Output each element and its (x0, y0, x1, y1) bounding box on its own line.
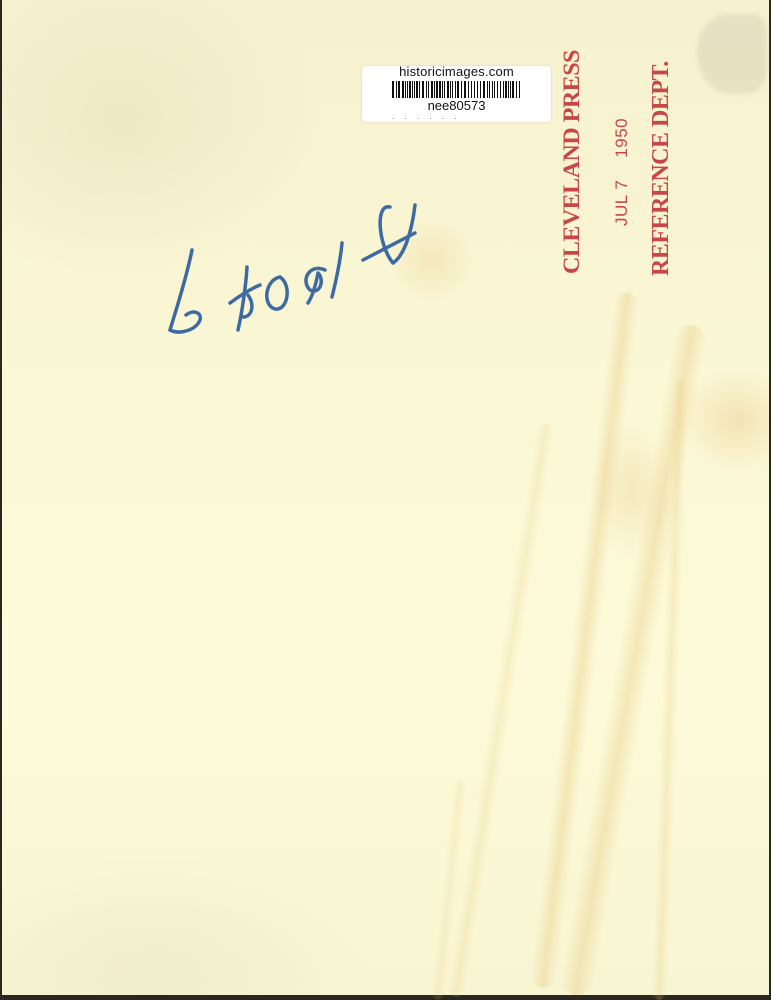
corner-stain (697, 14, 767, 94)
stamp-date-month: JUL 7 (612, 180, 631, 226)
stamp-date: JUL 71950 (612, 118, 632, 226)
stamp-department: REFERENCE DEPT. (648, 61, 675, 276)
archive-label-sticker: historicimages.com nee80573 . . . . . . (362, 66, 551, 122)
label-trailing-text: . . . . . . (362, 113, 551, 121)
date-stamp: CLEVELAND PRESS JUL 71950 REFERENCE DEPT… (560, 66, 700, 276)
stamp-publisher: CLEVELAND PRESS (560, 50, 586, 274)
barcode (392, 81, 522, 98)
handwritten-catalog-number (150, 185, 430, 335)
stamp-date-year: 1950 (612, 118, 631, 158)
handwritten-catalog-number-strokes (150, 185, 430, 335)
label-site-name: historicimages.com (362, 66, 551, 79)
label-item-id: nee80573 (362, 99, 551, 113)
